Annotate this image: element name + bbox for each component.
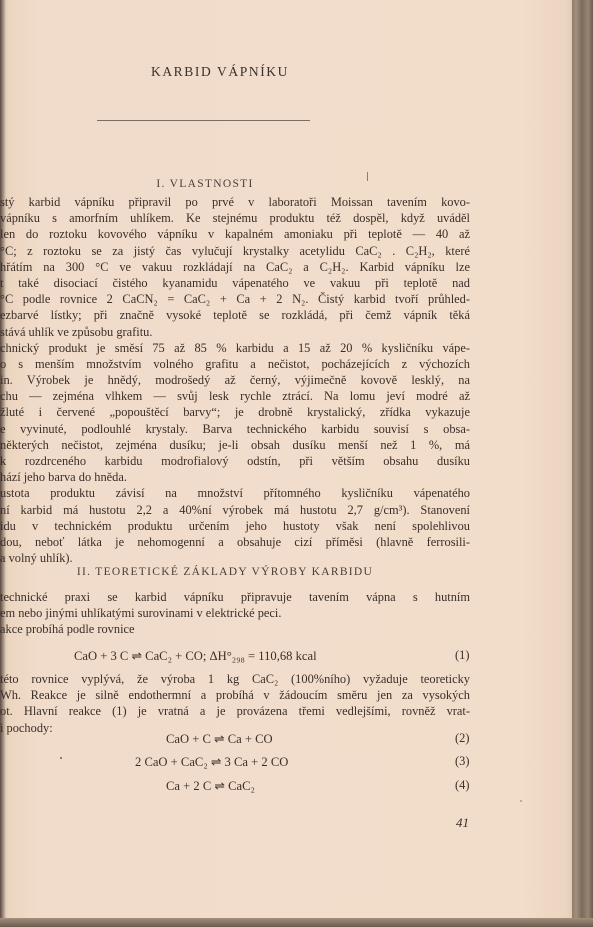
text-line: ot. Hlavní reakce (1) je vratná a je pro… [0, 703, 470, 719]
title-rule [97, 120, 310, 121]
text-line: ní karbid má hustotu 2,2 a 40%ní výrobek… [0, 502, 470, 518]
text-line: ustota produktu závisí na množství příto… [0, 485, 470, 501]
text-line: chnický produkt je směsí 75 až 85 % karb… [0, 340, 470, 356]
page-number: 41 [456, 815, 469, 831]
text-line: o s menším množstvím volného grafitu a n… [0, 356, 470, 372]
equation-number-4: (4) [455, 778, 469, 793]
text-line: a volný uhlík). [0, 550, 470, 566]
equation-1: CaO + 3 C ⇌ CaC₂ + CO; ΔH°₂₉₈ = 110,68 k… [74, 648, 317, 664]
text-line: dou, neboť látka je nehomogenní a obsahu… [0, 534, 470, 550]
paper-speck [60, 757, 62, 759]
text-line: chu — zejména vlhkem — svůj lesk rychle … [0, 388, 470, 404]
text-line: hází jeho barva do hněda. [0, 469, 470, 485]
equation-4: Ca + 2 C ⇌ CaC₂ [166, 778, 255, 794]
equation-number-2: (2) [455, 731, 469, 746]
text-line: t také disociací čistého kyanamidu vápen… [0, 275, 470, 291]
chapter-title: KARBID VÁPNÍKU [0, 64, 440, 80]
page-edge-bottom [0, 918, 593, 927]
text-line: °C podle rovnice 2 CaCN₂ = CaC₂ + Ca + 2… [0, 291, 470, 307]
section-heading-properties: I. VLASTNOSTI [0, 178, 425, 190]
text-line: °C; z roztoku se za jistý čas vylučují k… [0, 243, 470, 259]
section-theory-text-intro: technické praxi se karbid vápníku připra… [0, 589, 470, 638]
paper-speck [520, 800, 522, 802]
text-line: vápníku s amorfním uhlíkem. Ke stejnému … [0, 210, 470, 226]
text-line: e vyvinuté, podlouhlé krystaly. Barva te… [0, 421, 470, 437]
equation-3: 2 CaO + CaC₂ ⇌ 3 Ca + 2 CO [135, 754, 288, 770]
section-heading-theory: II. TEORETICKÉ ZÁKLADY VÝROBY KARBIDU [0, 566, 450, 578]
text-line: k rozdrceného karbidu modrofialový odstí… [0, 453, 470, 469]
text-line: akce probíhá podle rovnice [0, 621, 470, 637]
text-line: em nebo jinými uhlíkatými surovinami v e… [0, 605, 470, 621]
text-line: hřátím na 300 °C ve vakuu rozkládají na … [0, 259, 470, 275]
text-line: této rovnice vyplývá, že výroba 1 kg CaC… [0, 671, 470, 687]
equation-number-1: (1) [455, 648, 469, 663]
text-line: stý karbid vápníku připravil po prvé v l… [0, 194, 470, 210]
equation-2: CaO + C ⇌ Ca + CO [166, 731, 273, 747]
text-line: Wh. Reakce je silně endothermní a probíh… [0, 687, 470, 703]
text-line: některých nečistot, zejména dusíku; je-l… [0, 437, 470, 453]
text-line: žluté i červené „popouštěcí barvy“; je d… [0, 404, 470, 420]
section-properties-text: stý karbid vápníku připravil po prvé v l… [0, 194, 470, 566]
text-line: in. Výrobek je hnědý, modrošedý až černý… [0, 372, 470, 388]
section-theory-text-after: této rovnice vyplývá, že výroba 1 kg CaC… [0, 671, 470, 736]
text-line: stává uhlík ve způsobu grafitu. [0, 324, 470, 340]
text-line: technické praxi se karbid vápníku připra… [0, 589, 470, 605]
page-edge-right [572, 0, 593, 927]
text-line: len do roztoku kovového vápníku v kapaln… [0, 226, 470, 242]
equation-number-3: (3) [455, 754, 469, 769]
text-line: idu v technickém produktu určením jeho h… [0, 518, 470, 534]
text-line: ezbarvé lístky; při značně vysoké teplot… [0, 307, 470, 323]
